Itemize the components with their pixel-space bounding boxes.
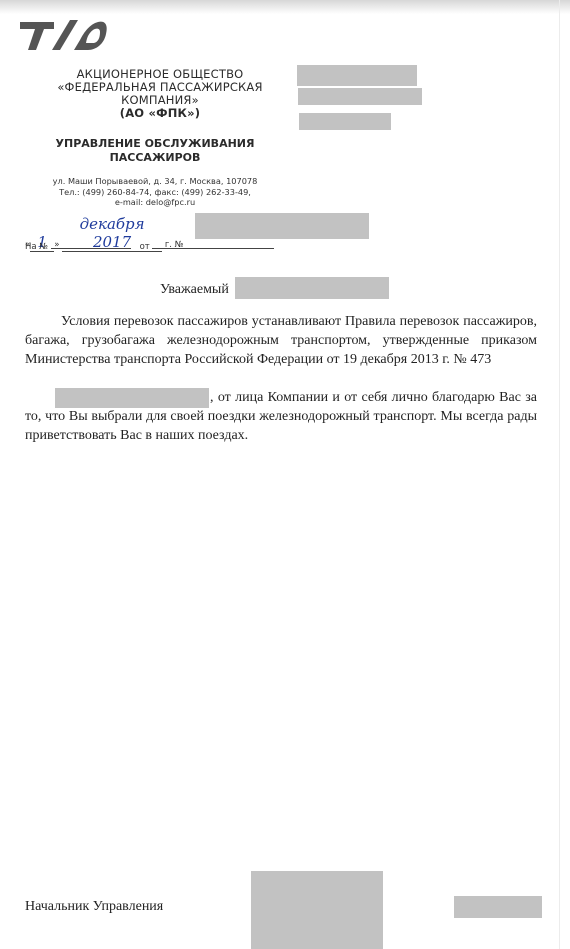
redacted-recipient-line-1 xyxy=(297,65,417,86)
address: ул. Маши Порываевой, д. 34, г. Москва, 1… xyxy=(25,176,285,187)
redacted-recipient-line-2 xyxy=(298,88,422,105)
phones: Тел.: (499) 260-84-74, факс: (499) 262-3… xyxy=(25,187,285,198)
redacted-signer-name xyxy=(454,896,542,918)
dept-line-1: УПРАВЛЕНИЕ ОБСЛУЖИВАНИЯ xyxy=(30,137,280,151)
paragraph-rules: Условия перевозок пассажиров устанавлива… xyxy=(25,312,537,369)
rzd-logo-icon xyxy=(18,14,108,54)
signer-title: Начальник Управления xyxy=(25,899,163,915)
redacted-recipient-line-3 xyxy=(299,113,391,130)
org-line-4: (АО «ФПК») xyxy=(50,107,270,120)
page-edge xyxy=(559,0,560,949)
email: e-mail: delo@fpc.ru xyxy=(25,197,285,208)
redacted-addressee xyxy=(55,388,209,408)
ref-date-blank xyxy=(152,248,274,249)
dept-line-2: ПАССАЖИРОВ xyxy=(30,151,280,165)
reference-line: На № от xyxy=(25,242,274,252)
ref-number-blank xyxy=(51,248,131,249)
organization-name: АКЦИОНЕРНОЕ ОБЩЕСТВО «ФЕДЕРАЛЬНАЯ ПАССАЖ… xyxy=(50,68,270,120)
department-name: УПРАВЛЕНИЕ ОБСЛУЖИВАНИЯ ПАССАЖИРОВ xyxy=(30,137,280,165)
page-top-shadow xyxy=(0,0,570,14)
redacted-signature xyxy=(251,871,383,949)
contact-details: ул. Маши Порываевой, д. 34, г. Москва, 1… xyxy=(25,176,285,208)
redacted-document-number xyxy=(195,213,369,239)
redacted-recipient-name xyxy=(235,277,389,299)
